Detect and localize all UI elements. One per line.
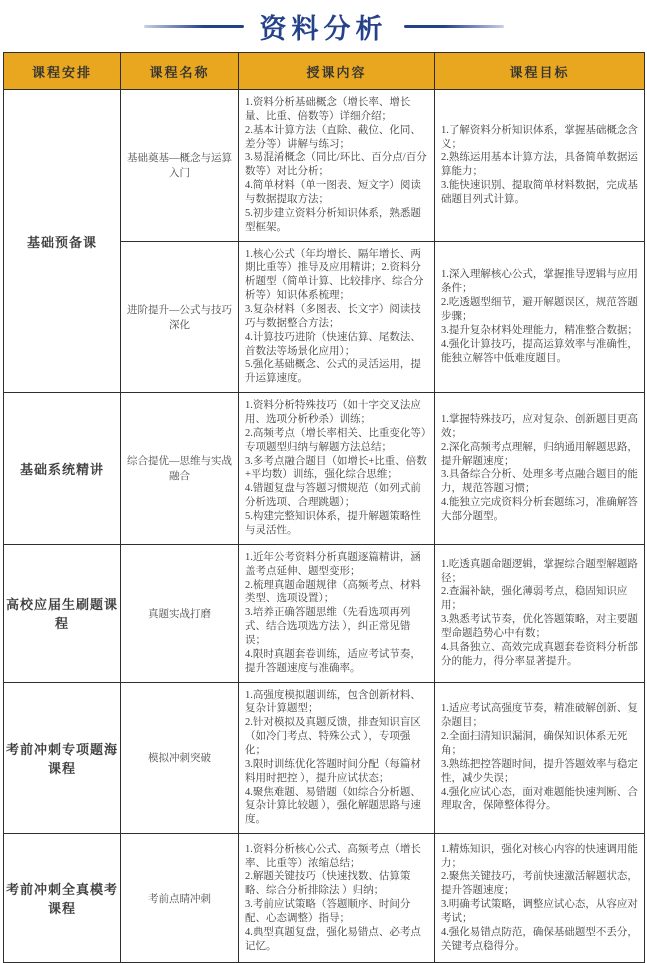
title-decorative-line-right <box>404 25 504 28</box>
course-objectives-cell: 1.了解资料分析知识体系，掌握基础概念含义；2.熟练运用基本计算方法，具备简单数… <box>435 90 645 242</box>
course-arrangement-cell: 基础系统精讲 <box>4 393 121 545</box>
objective-item: 4.强化应试心态，面对难题能快速判断、合理取舍，保障整体得分。 <box>441 786 640 814</box>
objective-item: 1.精炼知识，强化对核心内容的快速调用能力； <box>441 843 640 871</box>
course-table: 课程安排 课程名称 授课内容 课程目标 基础预备课基础奠基—概念与运算入门1.资… <box>3 52 645 963</box>
content-item: 3.培养正确答题思维（先看选项再列式、结合选项选方法 ），纠正常见错误； <box>245 606 430 648</box>
column-header-content: 授课内容 <box>239 53 435 90</box>
content-item: 1.资料分析基础概念（增长率、增长量、比重、倍数等）详细介绍； <box>245 96 430 124</box>
course-name-cell: 进阶提升—公式与技巧深化 <box>121 241 239 393</box>
objective-item: 2.吃透题型细节，避开解题误区，规范答题步骤； <box>441 296 640 324</box>
course-arrangement-cell: 考前冲刺专项题海课程 <box>4 682 121 834</box>
content-item: 4.聚焦难题、易错题（如综合分析题、复杂计算比较题 ），强化解题思路与速度。 <box>245 786 430 828</box>
content-item: 5.构建完整知识体系，提升解题策略性与灵活性。 <box>245 510 430 538</box>
content-item: 1.高强度模拟题训练，包含创新材料、复杂计算题型； <box>245 689 430 717</box>
course-content-cell: 1.资料分析基础概念（增长率、增长量、比重、倍数等）详细介绍；2.基本计算方法（… <box>239 90 435 242</box>
content-item: 2.针对模拟及真题反馈，排查知识盲区（如冷门考点、特殊公式 ），专项强化； <box>245 716 430 758</box>
course-content-cell: 1.近年公考资料分析真题逐篇精讲，涵盖考点延伸、题型变形；2.梳理真题命题规律（… <box>239 544 435 682</box>
course-row: 基础系统精讲综合提优—思维与实战融合1.资料分析特殊技巧（如十字交叉法应用、选项… <box>4 393 645 545</box>
content-item: 4.计算技巧进阶（快速估算、尾数法、首数法等场景化应用）； <box>245 331 430 359</box>
content-item: 2.高频考点（增长率相关、比重变化等）专项题型归纳与解题方法总结； <box>245 427 430 455</box>
course-row: 考前冲刺专项题海课程模拟冲刺突破1.高强度模拟题训练，包含创新材料、复杂计算题型… <box>4 682 645 834</box>
course-table-header: 课程安排 课程名称 授课内容 课程目标 <box>4 53 645 90</box>
course-name-cell: 综合提优—思维与实战融合 <box>121 393 239 545</box>
course-arrangement-cell: 高校应届生刷题课程 <box>4 544 121 682</box>
objective-item: 3.具备综合分析、处理多考点融合题目的能力，规范答题习惯； <box>441 468 640 496</box>
course-content-cell: 1.核心公式（年均增长、隔年增长、两期比重等）推导及应用精讲；2.资料分析题型（… <box>239 241 435 393</box>
course-objectives-cell: 1.精炼知识，强化对核心内容的快速调用能力；2.聚焦关键技巧，考前快速激活解题状… <box>435 834 645 963</box>
objective-item: 4.能独立完成资料分析套题练习，准确解答大部分题型。 <box>441 496 640 524</box>
course-content-cell: 1.资料分析特殊技巧（如十字交叉法应用、选项分析秒杀）训练；2.高频考点（增长率… <box>239 393 435 545</box>
content-item: 5.初步建立资料分析知识体系，熟悉题型框架。 <box>245 207 430 235</box>
content-item: 1.近年公考资料分析真题逐篇精讲，涵盖考点延伸、题型变形； <box>245 551 430 579</box>
page-header: 资料分析 <box>0 0 647 52</box>
content-item: 3.考前应试策略（答题顺序、时间分配、心态调整）指导； <box>245 898 430 926</box>
column-header-objectives: 课程目标 <box>435 53 645 90</box>
objective-item: 2.全面扫清知识漏洞，确保知识体系无死角； <box>441 730 640 758</box>
content-item: 2.解题关键技巧（快速找数、估算策略、综合分析排除法 ）归纳； <box>245 870 430 898</box>
header-row: 课程安排 课程名称 授课内容 课程目标 <box>4 53 645 90</box>
course-arrangement-cell: 考前冲刺全真模考课程 <box>4 834 121 963</box>
content-item: 3.复杂材料（多图表、长文字）阅读技巧与数据整合方法； <box>245 303 430 331</box>
page-title: 资料分析 <box>260 7 388 46</box>
content-item: 3.限时训练优化答题时间分配（每篇材料用时把控 ），提升应试状态； <box>245 758 430 786</box>
course-name-cell: 真题实战打磨 <box>121 544 239 682</box>
title-decorative-line-left <box>144 25 244 28</box>
course-name-cell: 模拟冲刺突破 <box>121 682 239 834</box>
column-header-arrangement: 课程安排 <box>4 53 121 90</box>
objective-item: 1.了解资料分析知识体系，掌握基础概念含义； <box>441 124 640 152</box>
course-content-cell: 1.高强度模拟题训练，包含创新材料、复杂计算题型；2.针对模拟及真题反馈，排查知… <box>239 682 435 834</box>
content-item: 4.错题复盘与答题习惯规范（如列式前分析选项、合理跳题）； <box>245 482 430 510</box>
objective-item: 3.能快速识别、提取简单材料数据，完成基础题目列式计算。 <box>441 179 640 207</box>
course-content-cell: 1.资料分析核心公式、高频考点（增长率、比重等）浓缩总结；2.解题关键技巧（快速… <box>239 834 435 963</box>
course-objectives-cell: 1.掌握特殊技巧，应对复杂、创新题目更高效；2.深化高频考点理解，归纳通用解题思… <box>435 393 645 545</box>
content-item: 2.基本计算方法（直除、截位、化同、差分等）讲解与练习； <box>245 124 430 152</box>
course-table-body: 基础预备课基础奠基—概念与运算入门1.资料分析基础概念（增长率、增长量、比重、倍… <box>4 90 645 963</box>
objective-item: 2.查漏补缺，强化薄弱考点，稳固知识应用； <box>441 585 640 613</box>
course-objectives-cell: 1.深入理解核心公式，掌握推导逻辑与应用条件；2.吃透题型细节，避开解题误区，规… <box>435 241 645 393</box>
objective-item: 3.熟悉考试节奏，优化答题策略，对主要题型命题趋势心中有数； <box>441 613 640 641</box>
objective-item: 2.深化高频考点理解，归纳通用解题思路，提升解题速度； <box>441 441 640 469</box>
objective-item: 2.聚焦关键技巧，考前快速激活解题状态，提升答题速度； <box>441 870 640 898</box>
objective-item: 2.熟练运用基本计算方法，具备简单数据运算能力； <box>441 151 640 179</box>
content-item: 1.核心公式（年均增长、隔年增长、两期比重等）推导及应用精讲；2.资料分析题型（… <box>245 248 430 303</box>
content-item: 1.资料分析特殊技巧（如十字交叉法应用、选项分析秒杀）训练； <box>245 399 430 427</box>
content-item: 3.多考点融合题目（如增长+比重、倍数+平均数）训练，强化综合思维； <box>245 455 430 483</box>
objective-item: 1.掌握特殊技巧，应对复杂、创新题目更高效； <box>441 413 640 441</box>
course-row: 高校应届生刷题课程真题实战打磨1.近年公考资料分析真题逐篇精讲，涵盖考点延伸、题… <box>4 544 645 682</box>
objective-item: 4.具备独立、高效完成真题套卷资料分析部分的能力，得分率显著提升。 <box>441 641 640 669</box>
course-row: 考前冲刺全真模考课程考前点睛冲刺1.资料分析核心公式、高频考点（增长率、比重等）… <box>4 834 645 963</box>
content-item: 3.易混淆概念（同比/环比、百分点/百分数等）对比分析； <box>245 151 430 179</box>
course-objectives-cell: 1.吃透真题命题逻辑，掌握综合题型解题路径；2.查漏补缺，强化薄弱考点，稳固知识… <box>435 544 645 682</box>
course-row: 基础预备课基础奠基—概念与运算入门1.资料分析基础概念（增长率、增长量、比重、倍… <box>4 90 645 242</box>
course-name-cell: 考前点睛冲刺 <box>121 834 239 963</box>
objective-item: 1.适应考试高强度节奏，精准破解创新、复杂题目； <box>441 702 640 730</box>
content-item: 1.资料分析核心公式、高频考点（增长率、比重等）浓缩总结； <box>245 843 430 871</box>
content-item: 4.典型真题复盘，强化易错点、必考点记忆。 <box>245 926 430 954</box>
content-item: 5.强化基础概念、公式的灵活运用，提升运算速度。 <box>245 358 430 386</box>
objective-item: 4.强化计算技巧，提高运算效率与准确性，能独立解答中低难度题目。 <box>441 338 640 366</box>
content-item: 4.限时真题套卷训练，适应考试节奏，提升答题速度与准确率。 <box>245 648 430 676</box>
objective-item: 4.强化易错点防范，确保基础题型不丢分，关键考点稳得分。 <box>441 926 640 954</box>
course-objectives-cell: 1.适应考试高强度节奏，精准破解创新、复杂题目；2.全面扫清知识漏洞，确保知识体… <box>435 682 645 834</box>
objective-item: 1.深入理解核心公式，掌握推导逻辑与应用条件； <box>441 268 640 296</box>
objective-item: 3.明确考试策略，调整应试心态，从容应对考试； <box>441 898 640 926</box>
objective-item: 3.熟练把控答题时间，提升答题效率与稳定性，减少失误； <box>441 758 640 786</box>
content-item: 4.简单材料（单一图表、短文字）阅读与数据提取方法； <box>245 179 430 207</box>
objective-item: 3.提升复杂材料处理能力，精准整合数据； <box>441 324 640 338</box>
course-arrangement-cell: 基础预备课 <box>4 90 121 393</box>
column-header-course-name: 课程名称 <box>121 53 239 90</box>
objective-item: 1.吃透真题命题逻辑，掌握综合题型解题路径； <box>441 558 640 586</box>
content-item: 2.梳理真题命题规律（高频考点、材料类型、选项设置）； <box>245 579 430 607</box>
course-name-cell: 基础奠基—概念与运算入门 <box>121 90 239 242</box>
